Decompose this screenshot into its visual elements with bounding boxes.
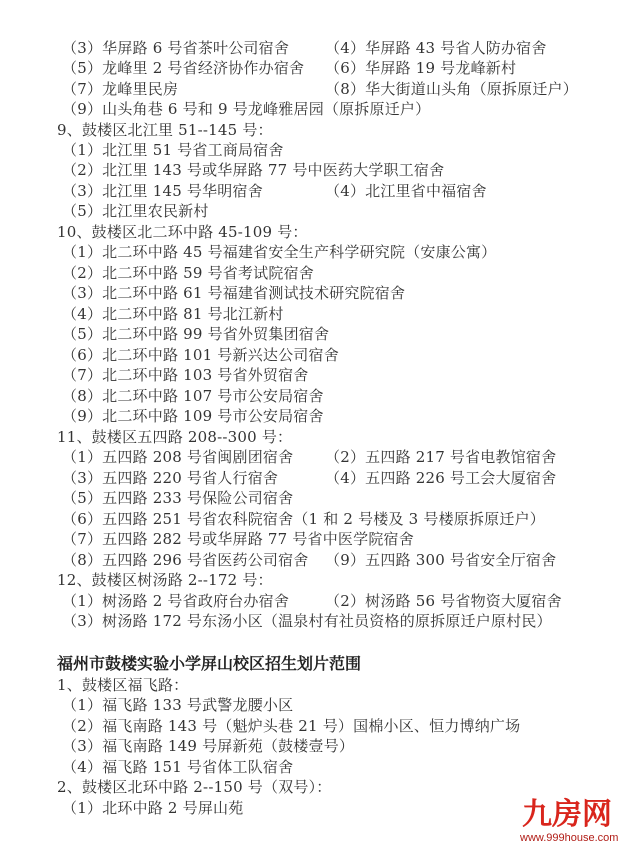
section-title: 2、鼓楼区北环中路 2--150 号（双号）： (57, 777, 332, 797)
section-title: 10、鼓楼区北二环中路 45-109 号： (57, 222, 308, 242)
list-item: （3）福飞南路 149 号屏新苑（鼓楼壹号） (62, 736, 354, 756)
list-item: （3）北江里 145 号华明宿舍 (62, 181, 263, 201)
page-heading: 福州市鼓楼实验小学屏山校区招生划片范围 (57, 653, 361, 675)
list-item: （6）华屏路 19 号龙峰新村 (325, 58, 516, 78)
list-item: （7）五四路 282 号或华屏路 77 号省中医学院宿舍 (62, 529, 414, 549)
list-item: （7）北二环中路 103 号省外贸宿舍 (62, 365, 309, 385)
list-item: （2）北二环中路 59 号省考试院宿舍 (62, 263, 314, 283)
section-title: 9、鼓楼区北江里 51--145 号： (57, 120, 273, 140)
list-item: （3）五四路 220 号省人行宿舍 (62, 468, 278, 488)
logo-icon: 九房网 (522, 798, 612, 832)
list-item: （1）福飞路 133 号武警龙腰小区 (62, 695, 293, 715)
list-item: （2）北江里 143 号或华屏路 77 号中医药大学职工宿舍 (62, 160, 444, 180)
list-item: （3）华屏路 6 号省茶叶公司宿舍 (62, 38, 289, 58)
list-item: （2）树汤路 56 号省物资大厦宿舍 (325, 591, 562, 611)
list-item: （5）龙峰里 2 号省经济协作办宿舍 (62, 58, 304, 78)
document-page: （3）华屏路 6 号省茶叶公司宿舍 （4）华屏路 43 号省人防办宿舍 （5）龙… (0, 0, 625, 851)
list-item: （1）北环中路 2 号屏山苑 (62, 798, 243, 818)
list-item: （1）北二环中路 45 号福建省安全生产科学研究院（安康公寓） (62, 242, 496, 262)
list-item: （4）五四路 226 号工会大厦宿舍 (325, 468, 556, 488)
list-item: （9）五四路 300 号省安全厅宿舍 (325, 550, 556, 570)
list-item: （2）福飞南路 143 号（魁炉头巷 21 号）国棉小区、恒力博纳广场 (62, 716, 520, 736)
list-item: （3）北二环中路 61 号福建省测试技术研究院宿舍 (62, 283, 405, 303)
section-title: 12、鼓楼区树汤路 2--172 号： (57, 570, 273, 590)
list-item: （4）北二环中路 81 号北江新村 (62, 304, 284, 324)
list-item: （4）北江里省中福宿舍 (325, 181, 487, 201)
watermark-logo: 九房网 www.999house.com (520, 798, 622, 846)
list-item: （5）北二环中路 99 号省外贸集团宿舍 (62, 324, 329, 344)
list-item: （6）北二环中路 101 号新兴达公司宿舍 (62, 345, 339, 365)
section-title: 11、鼓楼区五四路 208--300 号： (57, 427, 292, 447)
list-item: （9）北二环中路 109 号市公安局宿舍 (62, 406, 324, 426)
list-item: （5）北江里农民新村 (62, 201, 209, 221)
list-item: （8）华大街道山头角（原拆原迁户） (325, 79, 578, 99)
list-item: （4）华屏路 43 号省人防办宿舍 (325, 38, 547, 58)
list-item: （7）龙峰里民房 (62, 79, 178, 99)
list-item: （6）五四路 251 号省农科院宿舍（1 和 2 号楼及 3 号楼原拆原迁户） (62, 509, 545, 529)
list-item: （8）北二环中路 107 号市公安局宿舍 (62, 386, 324, 406)
list-item: （1）树汤路 2 号省政府台办宿舍 (62, 591, 289, 611)
section-title: 1、鼓楼区福飞路： (57, 675, 188, 695)
list-item: （4）福飞路 151 号省体工队宿舍 (62, 757, 293, 777)
list-item: （3）树汤路 172 号东汤小区（温泉村有社员资格的原拆原迁户原村民） (62, 611, 552, 631)
list-item: （1）北江里 51 号省工商局宿舍 (62, 140, 284, 160)
list-item: （1）五四路 208 号省闽剧团宿舍 (62, 447, 293, 467)
list-item: （9）山头角巷 6 号和 9 号龙峰雅居园（原拆原迁户） (62, 99, 430, 119)
list-item: （2）五四路 217 号省电教馆宿舍 (325, 447, 556, 467)
list-item: （5）五四路 233 号保险公司宿舍 (62, 488, 293, 508)
logo-url: www.999house.com (520, 832, 618, 844)
list-item: （8）五四路 296 号省医药公司宿舍 (62, 550, 309, 570)
